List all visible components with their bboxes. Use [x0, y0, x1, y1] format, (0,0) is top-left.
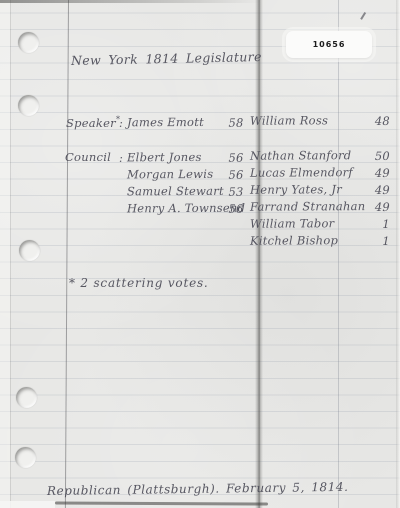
- scanned-page: 10656 New York 1814 Legislature Speaker*…: [0, 0, 400, 508]
- hole-punch: [15, 447, 36, 468]
- vote-count: 53: [227, 186, 245, 199]
- candidate-name: Farrand Stranahan: [250, 200, 365, 213]
- table-row: Elbert Jones 56 Nathan Stanford 50: [0, 150, 400, 166]
- ruled-lines: [0, 0, 400, 508]
- catalog-label: 10656: [286, 31, 372, 58]
- hole-punch: [18, 32, 39, 53]
- vote-count: 49: [366, 201, 390, 214]
- left-page-edge: [10, 0, 11, 508]
- vote-count: 1: [366, 218, 390, 231]
- vote-count: 56: [227, 152, 245, 165]
- candidate-name: Nathan Stanford: [250, 149, 351, 162]
- candidate-name: Henry Yates, Jr: [250, 183, 342, 196]
- right-edge-shadow: [396, 0, 400, 508]
- hole-punch: [18, 95, 39, 116]
- footnote: * 2 scattering votes.: [69, 277, 209, 290]
- vote-count: 1: [366, 235, 390, 248]
- candidate-name: Lucas Elmendorf: [250, 166, 353, 179]
- vote-count: 48: [366, 115, 390, 128]
- left-paper-strip: [0, 0, 10, 508]
- bottom-left-corner: [0, 501, 55, 508]
- table-row: William Tabor 1: [0, 218, 400, 234]
- crease-shadow: [255, 0, 263, 508]
- table-row: Samuel Stewart 53 Henry Yates, Jr 49: [0, 184, 400, 200]
- candidate-name: James Emott: [127, 116, 204, 129]
- vote-count: 49: [366, 167, 390, 180]
- candidate-name: William Tabor: [250, 217, 334, 230]
- vote-count: 50: [366, 150, 390, 163]
- table-row: Henry A. Townsend 56 Farrand Stranahan 4…: [0, 201, 400, 217]
- faint-vertical-line: [338, 0, 339, 508]
- vote-count: 49: [366, 184, 390, 197]
- hole-punch: [16, 387, 37, 408]
- table-row: James Emott 58 William Ross 48: [0, 115, 400, 131]
- candidate-name: William Ross: [250, 114, 328, 127]
- vote-count: 56: [227, 203, 245, 216]
- catalog-number: 10656: [313, 31, 346, 58]
- candidate-name: Samuel Stewart: [127, 185, 224, 198]
- candidate-name: Kitchel Bishop: [250, 234, 338, 247]
- vote-count: 58: [227, 117, 245, 130]
- candidate-name: Morgan Lewis: [127, 168, 213, 181]
- vote-count: 56: [227, 169, 245, 182]
- table-row: Kitchel Bishop 1: [0, 235, 400, 251]
- candidate-name: Elbert Jones: [127, 151, 202, 164]
- table-row: Morgan Lewis 56 Lucas Elmendorf 49: [0, 167, 400, 183]
- top-edge-shadow: [0, 0, 262, 3]
